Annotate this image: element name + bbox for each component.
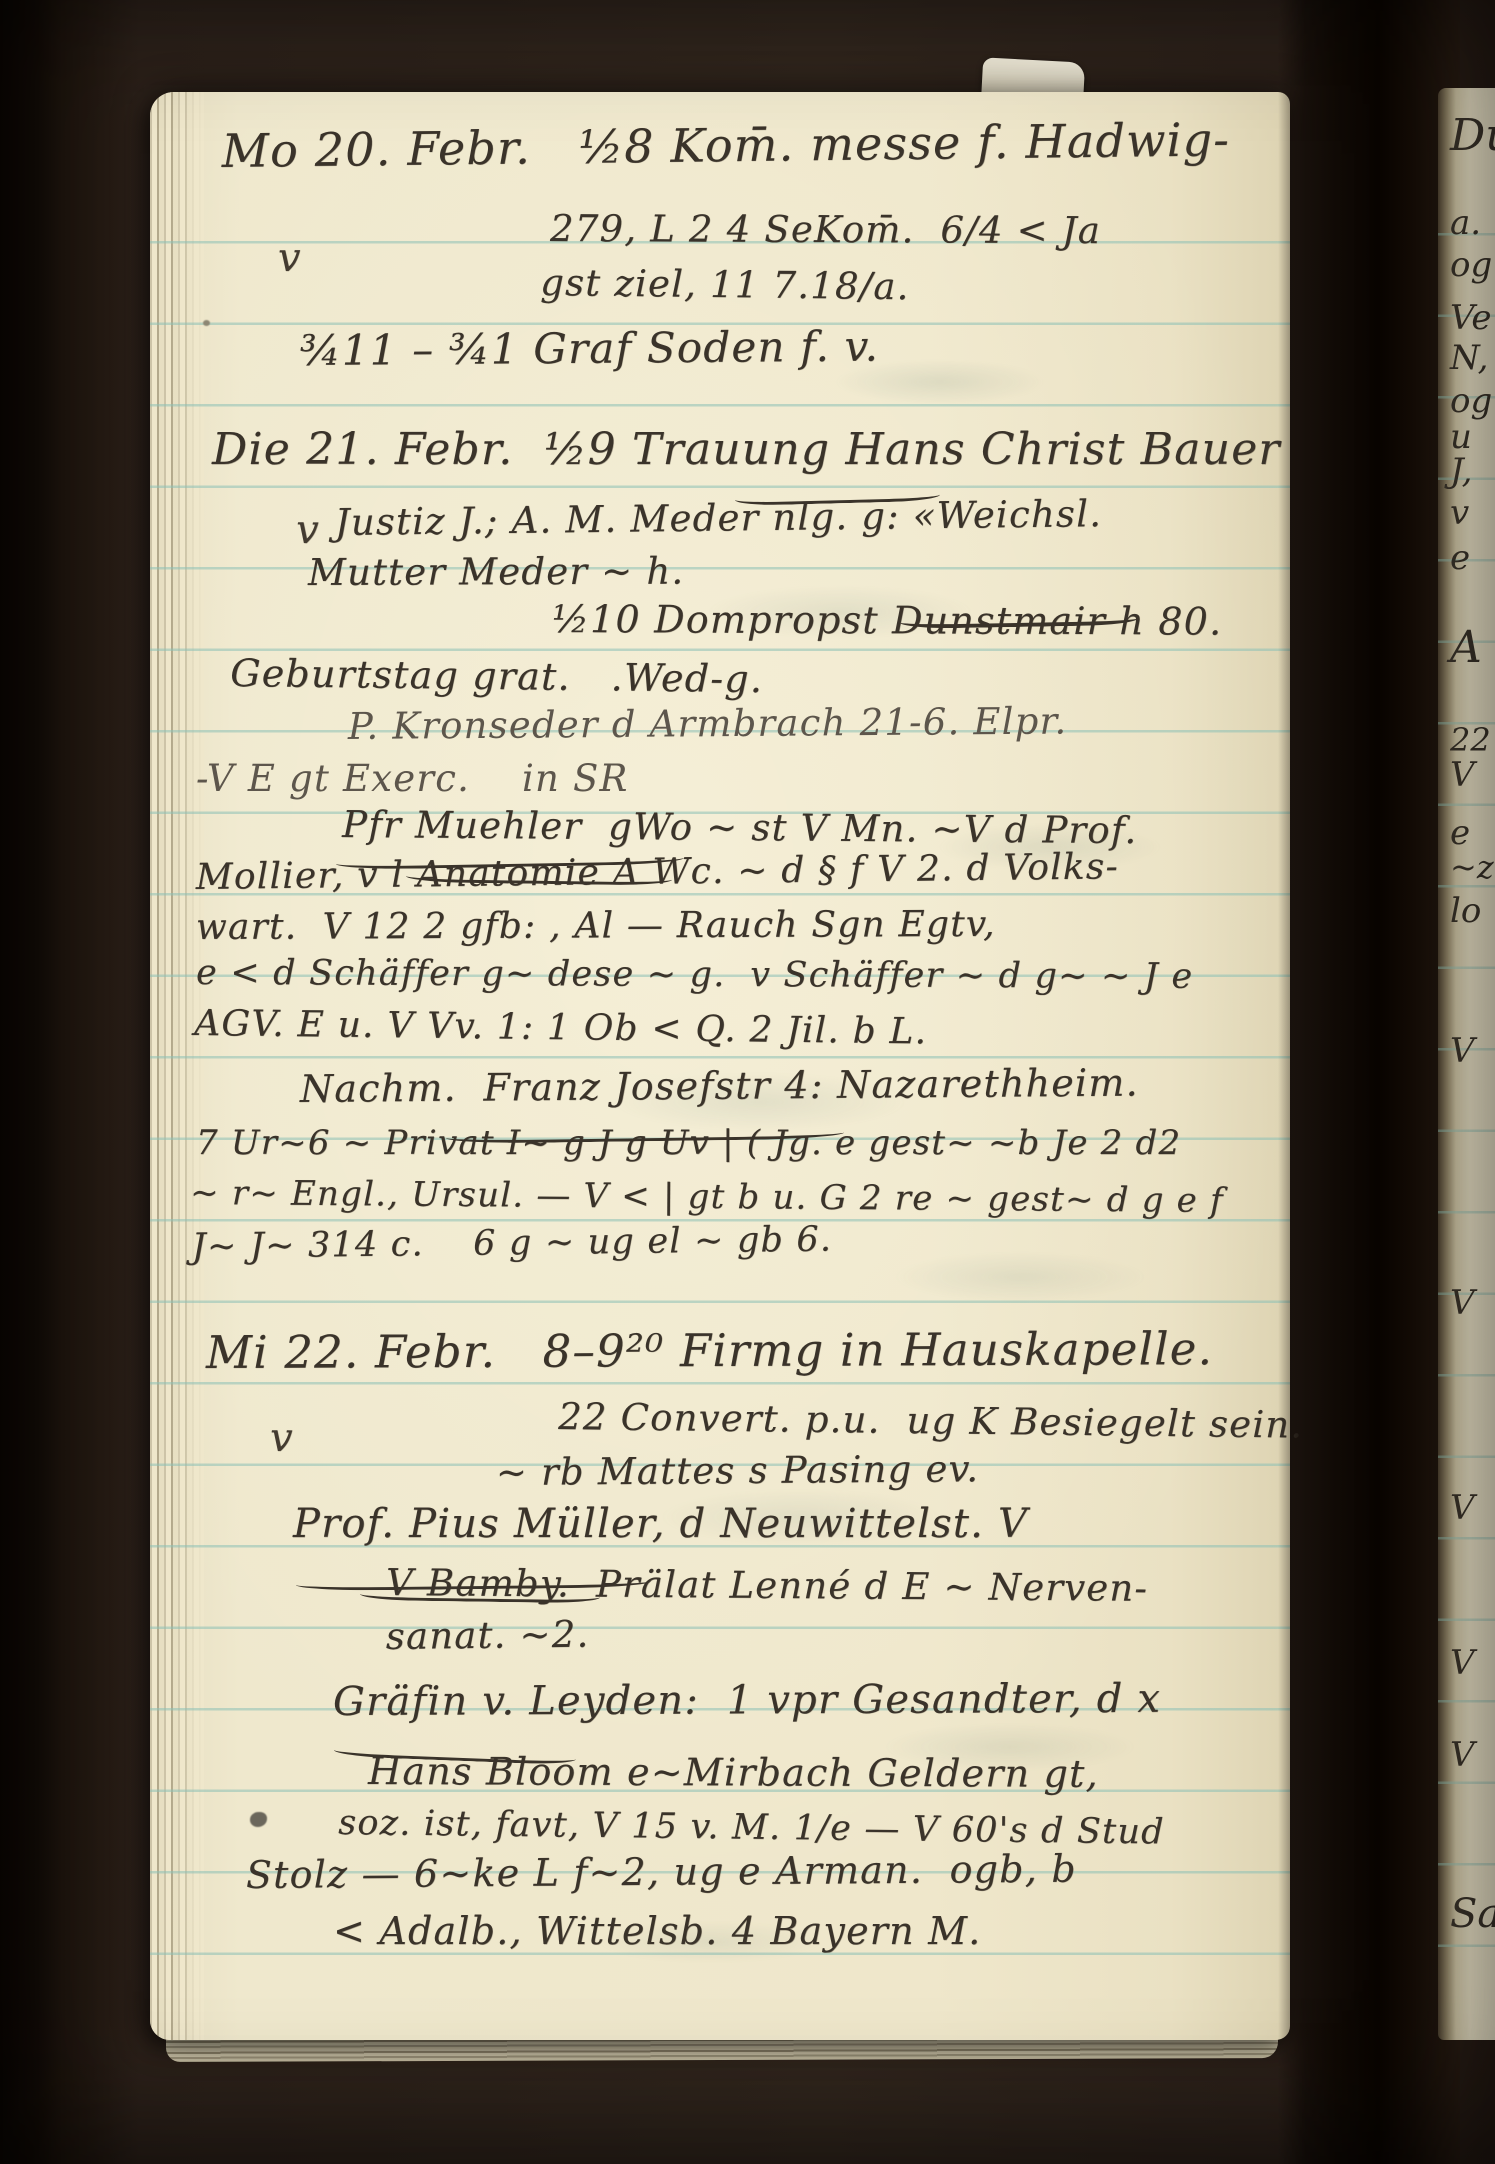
handwriting-fragments-layer: Dua.ogVeN,oguJ,veA22Ve~zloVVVVVSa — [1438, 88, 1495, 2040]
handwritten-line: gst ziel, 11 7.18/a. — [540, 264, 910, 305]
handwritten-line: P. Kronseder d Armbrach 21-6. Elpr. — [348, 702, 1068, 745]
handwritten-line: Mi 22. Febr. 8–9²⁰ Firmg in Hauskapelle. — [206, 1326, 1213, 1375]
handwritten-fragment: J, — [1450, 454, 1472, 488]
notebook-scan: Mo 20. Febr. ½8 Kom̄. messe f. Hadwig-v2… — [0, 0, 1495, 2164]
handwritten-line: e < d Schäffer g~ dese ~ g. v Schäffer ~… — [196, 956, 1193, 995]
handwritten-fragment: a. — [1450, 206, 1481, 240]
handwritten-line: -V E gt Exerc. in SR — [196, 760, 629, 797]
margin-checkmark: v — [270, 1418, 294, 1458]
handwritten-line: ~ rb Mattes s Pasing ev. — [496, 1450, 980, 1491]
margin-checkmark: v — [296, 510, 320, 550]
handwritten-line: soz. ist, favt, V 15 v. M. 1/e — V 60's … — [338, 1806, 1165, 1851]
handwritten-fragment: Ve — [1450, 301, 1492, 335]
handwritten-line: Justiz J.; A. M. Meder nlg. g: «Weichsl. — [335, 495, 1103, 541]
handwritten-line: Prof. Pius Müller, d Neuwittelst. V — [293, 1504, 1028, 1544]
handwritten-fragment: u — [1450, 420, 1472, 454]
handwritten-line: AGV. E u. V Vv. 1: 1 Ob < Q. 2 Jil. b L. — [194, 1006, 927, 1050]
handwritten-fragment: V — [1450, 758, 1475, 792]
handwritten-line: Pfr Muehler gWo ~ st V Mn. ~V d Prof. — [342, 806, 1138, 849]
handwritten-line: Stolz — 6~ke L f~2, ug e Arman. ogb, b — [246, 1850, 1077, 1894]
handwriting-layer: Mo 20. Febr. ½8 Kom̄. messe f. Hadwig-v2… — [150, 92, 1290, 2040]
handwritten-line: 279, L 2 4 SeKom̄. 6/4 < Ja — [550, 210, 1101, 249]
handwritten-line: Mutter Meder ~ h. — [308, 553, 685, 591]
handwritten-fragment: e — [1450, 541, 1470, 575]
handwritten-line: Mo 20. Febr. ½8 Kom̄. messe f. Hadwig- — [221, 116, 1230, 174]
handwritten-fragment: v — [1450, 496, 1469, 530]
binding-gutter-shadow — [1278, 0, 1460, 2164]
handwritten-fragment: Du — [1450, 114, 1495, 158]
ink-dot — [203, 320, 210, 326]
handwritten-fragment: A — [1450, 626, 1482, 670]
handwritten-line: J~ J~ 314 c. 6 g ~ ug el ~ gb 6. — [192, 1223, 833, 1265]
handwritten-line: Gräfin v. Leyden: 1 vpr Gesandter, d x — [333, 1679, 1161, 1722]
handwritten-fragment: Sa — [1450, 1894, 1495, 1934]
handwritten-fragment: V — [1450, 1646, 1475, 1680]
handwritten-line: Geburtstag grat. .Wed-g. — [230, 654, 763, 698]
handwritten-line: sanat. ~2. — [386, 1616, 590, 1655]
handwritten-line: Die 21. Febr. ½9 Trauung Hans Christ Bau… — [212, 428, 1281, 472]
margin-checkmark: v — [278, 238, 302, 278]
handwritten-line: Nachm. Franz Josefstr 4: Nazarethheim. — [300, 1064, 1139, 1108]
handwritten-line: < Adalb., Wittelsb. 4 Bayern M. — [333, 1912, 981, 1950]
handwritten-fragment: V — [1450, 1738, 1475, 1772]
handwritten-fragment: ~z — [1450, 851, 1494, 883]
facing-page-edge: Dua.ogVeN,oguJ,veA22Ve~zloVVVVVSa — [1438, 88, 1495, 2040]
handwritten-fragment: 22 — [1450, 724, 1491, 756]
handwritten-fragment: V — [1450, 1491, 1475, 1525]
handwritten-fragment: lo — [1450, 894, 1481, 928]
handwritten-fragment: N, — [1450, 341, 1488, 375]
handwritten-line: ~ r~ Engl., Ursul. — V < | gt b u. G 2 r… — [190, 1176, 1224, 1218]
handwritten-fragment: V — [1450, 1034, 1475, 1068]
handwritten-line: ¾11 – ¾1 Graf Soden f. v. — [300, 326, 880, 372]
handwritten-fragment: og — [1450, 384, 1492, 418]
ink-blot — [250, 1812, 267, 1827]
notebook-page: Mo 20. Febr. ½8 Kom̄. messe f. Hadwig-v2… — [150, 92, 1290, 2040]
handwritten-line: 22 Convert. p.u. ug K Besiegelt sein. — [558, 1398, 1304, 1444]
handwritten-fragment: V — [1450, 1286, 1475, 1320]
book-cover-left — [0, 0, 140, 2164]
handwritten-line: wart. V 12 2 gfb: , Al — Rauch Sgn Egtv, — [196, 907, 996, 946]
handwritten-fragment: og — [1450, 248, 1492, 282]
handwritten-fragment: e — [1450, 816, 1470, 850]
